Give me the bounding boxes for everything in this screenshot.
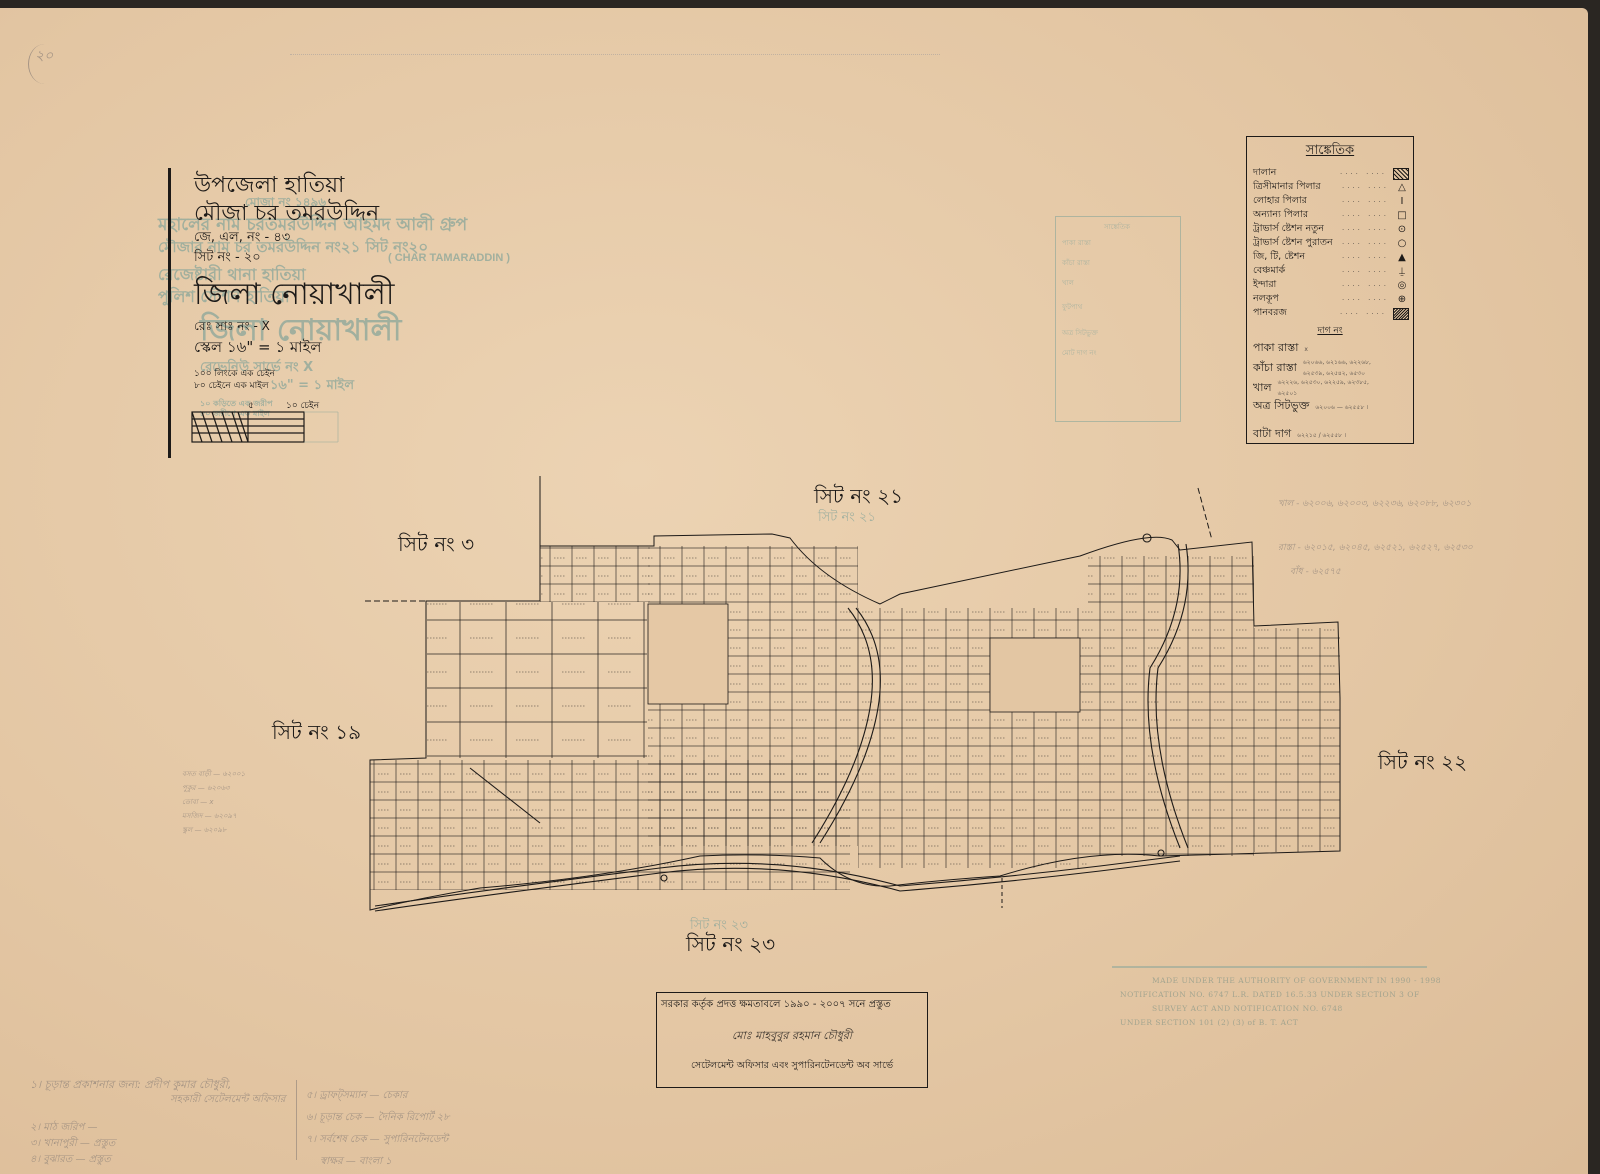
bottom-note: ৩। খানাপুরী — প্রস্তুত — [30, 1136, 115, 1153]
parcel-grid — [370, 546, 1340, 890]
left-list-item: বসত বাড়ী — ৬২০০১ — [182, 768, 245, 780]
adjacent-sheet-northwest: সিট নং ৩ — [398, 530, 474, 563]
adjacent-sheet-east: সিট নং ২২ — [1378, 748, 1467, 781]
left-list-item: ডোবা — x — [182, 796, 214, 808]
left-list-item: স্কুল — ৬২০৯৮ — [182, 824, 226, 836]
officer-title: সেটেলমেন্ট অফিসার এবং সুপারিনটেনডেন্ট অব… — [657, 1059, 927, 1074]
bottom-note: ৬। চূড়ান্ত চেক — দৈনিক রিপোর্ট ২৮ — [306, 1110, 450, 1127]
bottom-note: ৪। বুঝারত — প্রস্তুত — [30, 1152, 111, 1169]
adjacent-sheet-west: সিট নং ১৯ — [272, 718, 361, 751]
certification-box: সরকার কর্তৃক প্রদত্ত ক্ষমতাবলে ১৯৯০ - ২০… — [656, 992, 928, 1088]
side-note: রাস্তা - ৬২০১৫, ৬২০৪৫, ৬২৫২১, ৬২৫২৭, ৬২৫… — [1278, 540, 1473, 555]
certification-line: সরকার কর্তৃক প্রদত্ত ক্ষমতাবলে ১৯৯০ - ২০… — [661, 997, 891, 1014]
side-note: খাল - ৬২০০৬, ৬২০০৩, ৬২২৩৬, ৬২০৮৮, ৬২৩০১ — [1278, 496, 1471, 511]
bottom-note: সহকারী সেটেলমেন্ট অফিসার — [170, 1092, 285, 1109]
map-sheet: ২০ মোজা নং ১৪৯৬ মহালের নাম চরতমরউদ্দিন আ… — [0, 8, 1588, 1174]
adjacent-sheet-north-faint: সিট নং ২১ — [818, 508, 876, 529]
authority-stamp: MADE UNDER THE AUTHORITY OF GOVERNMENT I… — [1112, 966, 1427, 1052]
bottom-note: ৫। ড্রাফট্সম্যান — চেকার — [306, 1088, 407, 1105]
left-list-item: মসজিদ — ৬২০৯৭ — [182, 810, 237, 822]
side-note: বাঁধ - ৬২৫৭৫ — [1290, 564, 1341, 579]
note-divider — [296, 1080, 297, 1160]
bottom-note: ২। মাঠ জরিপ — — [30, 1120, 98, 1137]
bottom-note: স্বাক্ষর — বাংলা ১ — [320, 1154, 392, 1171]
officer-signature: মোঃ মাহবুবুর রহমান চৌধুরী — [657, 1027, 927, 1046]
adjacent-sheet-south: সিট নং ২৩ — [686, 930, 775, 963]
bottom-note: ৭। সর্বশেষ চেক — সুপারিনটেনডেন্ট — [306, 1132, 448, 1149]
left-list-item: পুকুর — ৬২০৬৩ — [182, 782, 230, 794]
